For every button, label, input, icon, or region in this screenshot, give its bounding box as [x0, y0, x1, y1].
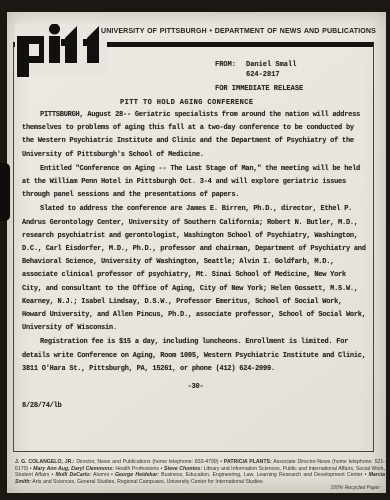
body-paragraph: Slated to address the conference are Jam…	[22, 203, 369, 335]
footer-segment: Arts and Sciences, General Studies, Regi…	[31, 479, 263, 485]
masthead-banner: UNIVERSITY OF PITTSBURGH • DEPARTMENT OF…	[101, 28, 376, 35]
paper-sheet: UNIVERSITY OF PITTSBURGH • DEPARTMENT OF…	[7, 12, 386, 493]
press-release-headline: PITT TO HOLD AGING CONFERENCE	[120, 99, 253, 107]
footer-segment: J. G. COLANGELO, JR.:	[15, 459, 75, 465]
scan-edge-artifact	[0, 163, 10, 221]
body-paragraph: Registration fee is $15 a day, including…	[22, 336, 369, 376]
footer-segment: George Heidekar:	[115, 472, 159, 478]
from-row: FROM: Daniel Small	[215, 61, 296, 71]
footer-segment: Molli DeCarlo:	[56, 472, 92, 478]
footer-credits: J. G. COLANGELO, JR.: Director, News and…	[15, 459, 385, 485]
press-release-body: PITTSBURGH, August 28-- Geriatric specia…	[22, 109, 369, 413]
footer-segment: Alumni •	[91, 472, 115, 478]
body-paragraph: PITTSBURGH, August 28-- Geriatric specia…	[22, 109, 369, 162]
footer-segment: Health Professions •	[114, 466, 164, 472]
from-label: FROM:	[215, 61, 246, 71]
contact-phone: 624-2817	[246, 71, 280, 81]
footer-segment: Steve Chontos:	[164, 466, 202, 472]
footer-segment: Director, News and Publications (home te…	[75, 459, 224, 465]
contact-name: Daniel Small	[246, 61, 296, 71]
footer-segment: Business, Education, Engineering, Law, L…	[159, 472, 369, 478]
scanned-press-release: UNIVERSITY OF PITTSBURGH • DEPARTMENT OF…	[0, 0, 390, 500]
release-from-block: FROM: Daniel Small 624-2817	[215, 61, 296, 80]
footer-segment: Mary Ann Aug, Daryl Clemmons:	[33, 466, 114, 472]
footer-segment: PATRICIA PLANTS:	[224, 459, 272, 465]
recycled-paper-note: 100% Recycled Paper	[331, 485, 380, 491]
date-code: 8/28/74/lb	[22, 400, 369, 413]
pitt-logo	[15, 24, 107, 77]
from-label-spacer	[215, 71, 246, 81]
from-row: 624-2817	[215, 71, 296, 81]
body-paragraph: Entitled "Conference on Aging -- The Las…	[22, 163, 369, 203]
immediate-release-line: FOR IMMEDIATE RELEASE	[215, 85, 303, 93]
end-mark: -30-	[22, 381, 369, 394]
